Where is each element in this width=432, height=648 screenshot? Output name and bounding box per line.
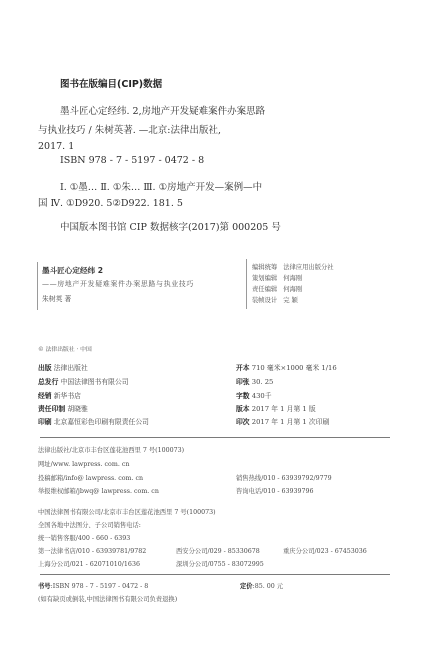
pub-row-publisher: 出版 法律出版社: [38, 362, 88, 372]
pub-value: 法律出版社: [54, 364, 88, 372]
publisher-website: 网址/www. lawpress. com. cn: [38, 459, 129, 468]
sales-hotline: 销售热线/010 - 63939792/9779: [236, 473, 332, 482]
pub-row-retailer: 经销 新华书店: [38, 390, 81, 400]
book-title: 墨斗匠心定经纬 2: [42, 265, 103, 276]
pub-row-print-manager: 责任印制 胡晓雅: [38, 403, 88, 413]
title-block-bar: [37, 262, 38, 310]
publisher-address: 法律出版社/北京市丰台区莲花池西里 7 号(100073): [38, 445, 184, 454]
cip-isbn: ISBN 978 - 7 - 5197 - 0472 - 8: [60, 155, 204, 166]
pub-value: 北京嘉恒彩色印刷有限责任公司: [54, 418, 149, 426]
cip-line-1: 墨斗匠心定经纬. 2,房地产开发疑难案件办案思路: [60, 103, 265, 117]
credit-value: 完 颖: [283, 297, 298, 304]
credit-value: 何海刚: [283, 286, 302, 293]
pub-label: 总发行: [38, 378, 58, 386]
pub-label: 印次: [236, 418, 250, 426]
pub-label: 印张: [236, 378, 250, 386]
price: 定价:85. 00 元: [240, 581, 283, 590]
pub-label: 开本: [236, 364, 250, 372]
credits-bar: [246, 259, 247, 309]
credit-value: 法律应用出版分社: [283, 264, 333, 271]
cip-line-3: 2017. 1: [38, 141, 74, 152]
inquiry-phone: 咨询电话/010 - 63939796: [236, 486, 314, 495]
copyright-line: © 法律出版社 · 中国: [38, 344, 92, 353]
price-label: 定价: [240, 583, 253, 590]
pub-row-format: 开本 710 毫米×1000 毫米 1/16: [236, 362, 337, 372]
cip-heading: 图书在版编目(CIP)数据: [60, 76, 162, 90]
pub-value: 30. 25: [252, 378, 274, 386]
submission-email: 投稿邮箱/info@ lawpress. com. cn: [38, 473, 143, 482]
pub-label: 版本: [236, 405, 250, 413]
credit-label: 策划编辑: [252, 275, 277, 282]
pub-value: 710 毫米×1000 毫米 1/16: [252, 364, 337, 372]
pub-row-sheets: 印张 30. 25: [236, 376, 273, 386]
book-number-label: 书号: [38, 583, 51, 590]
cip-classification-2: 国 Ⅳ. ①D920. 5②D922. 181. 5: [38, 195, 183, 209]
branch-shanghai: 上海分公司/021 - 62071010/1636: [38, 559, 140, 568]
pub-row-distributor: 总发行 中国法律图书有限公司: [38, 376, 129, 386]
branch-chongqing: 重庆分公司/023 - 67453036: [283, 546, 367, 555]
pub-label: 经销: [38, 392, 52, 400]
cip-verification: 中国版本图书馆 CIP 数据核字(2017)第 000205 号: [60, 219, 281, 233]
unified-service: 统一销售客服/400 - 660 - 6393: [38, 533, 130, 542]
pub-row-printing: 印次 2017 年 1 月第 1 次印刷: [236, 416, 329, 426]
pub-value: 中国法律图书有限公司: [61, 378, 129, 386]
branch-xian: 西安分公司/029 - 85330678: [176, 546, 260, 555]
book-author: 朱树英 著: [42, 293, 71, 303]
divider-2: [40, 574, 390, 575]
credit-label: 责任编辑: [252, 286, 277, 293]
pub-value: 新华书店: [54, 392, 81, 400]
branch-first-bookstore: 第一法律书店/010 - 63939781/9782: [38, 546, 146, 555]
pub-label: 印刷: [38, 418, 52, 426]
report-email: 举报维权邮箱/jbwq@ lawpress. com. cn: [38, 486, 159, 495]
pub-label: 出版: [38, 364, 52, 372]
cip-classification-1: Ⅰ. ①墨… Ⅱ. ①朱… Ⅲ. ①房地产开发—案例—中: [60, 179, 262, 193]
cip-line-2: 与执业技巧 / 朱树英著. —北京:法律出版社,: [38, 122, 221, 136]
pub-row-edition: 版本 2017 年 1 月第 1 版: [236, 403, 316, 413]
book-number: 书号:ISBN 978 - 7 - 5197 - 0472 - 8: [38, 581, 148, 590]
divider-1: [40, 437, 390, 438]
book-subtitle: ——房地产开发疑难案件办案思路与执业技巧: [42, 279, 194, 289]
book-number-value: :ISBN 978 - 7 - 5197 - 0472 - 8: [51, 583, 149, 590]
pub-value: 2017 年 1 月第 1 版: [252, 405, 316, 413]
branch-shenzhen: 深圳分公司/0755 - 83072995: [176, 559, 264, 568]
credit-label: 装帧设计: [252, 297, 277, 304]
branches-intro: 全国各地中法图分、子公司销售电话:: [38, 520, 141, 529]
pub-label: 责任印制: [38, 405, 65, 413]
credit-label: 编辑统筹: [252, 264, 277, 271]
credit-row-2: 责任编辑 何海刚: [252, 284, 302, 293]
pub-value: 430千: [252, 392, 272, 400]
credit-row-0: 编辑统筹 法律应用出版分社: [252, 262, 334, 271]
price-value: :85. 00 元: [253, 583, 283, 590]
pub-value: 胡晓雅: [67, 405, 87, 413]
distributor-address: 中国法律图书有限公司/北京市丰台区莲花池西里 7 号(100073): [38, 507, 216, 516]
pub-row-word-count: 字数 430千: [236, 390, 272, 400]
return-notice: (如有缺页或倒装,中国法律图书有限公司负责退换): [38, 594, 177, 603]
credit-row-3: 装帧设计 完 颖: [252, 295, 298, 304]
credit-row-1: 策划编辑 何海刚: [252, 273, 302, 282]
pub-row-printer: 印刷 北京嘉恒彩色印刷有限责任公司: [38, 416, 149, 426]
pub-value: 2017 年 1 月第 1 次印刷: [252, 418, 330, 426]
pub-label: 字数: [236, 392, 250, 400]
credit-value: 何海刚: [283, 275, 302, 282]
